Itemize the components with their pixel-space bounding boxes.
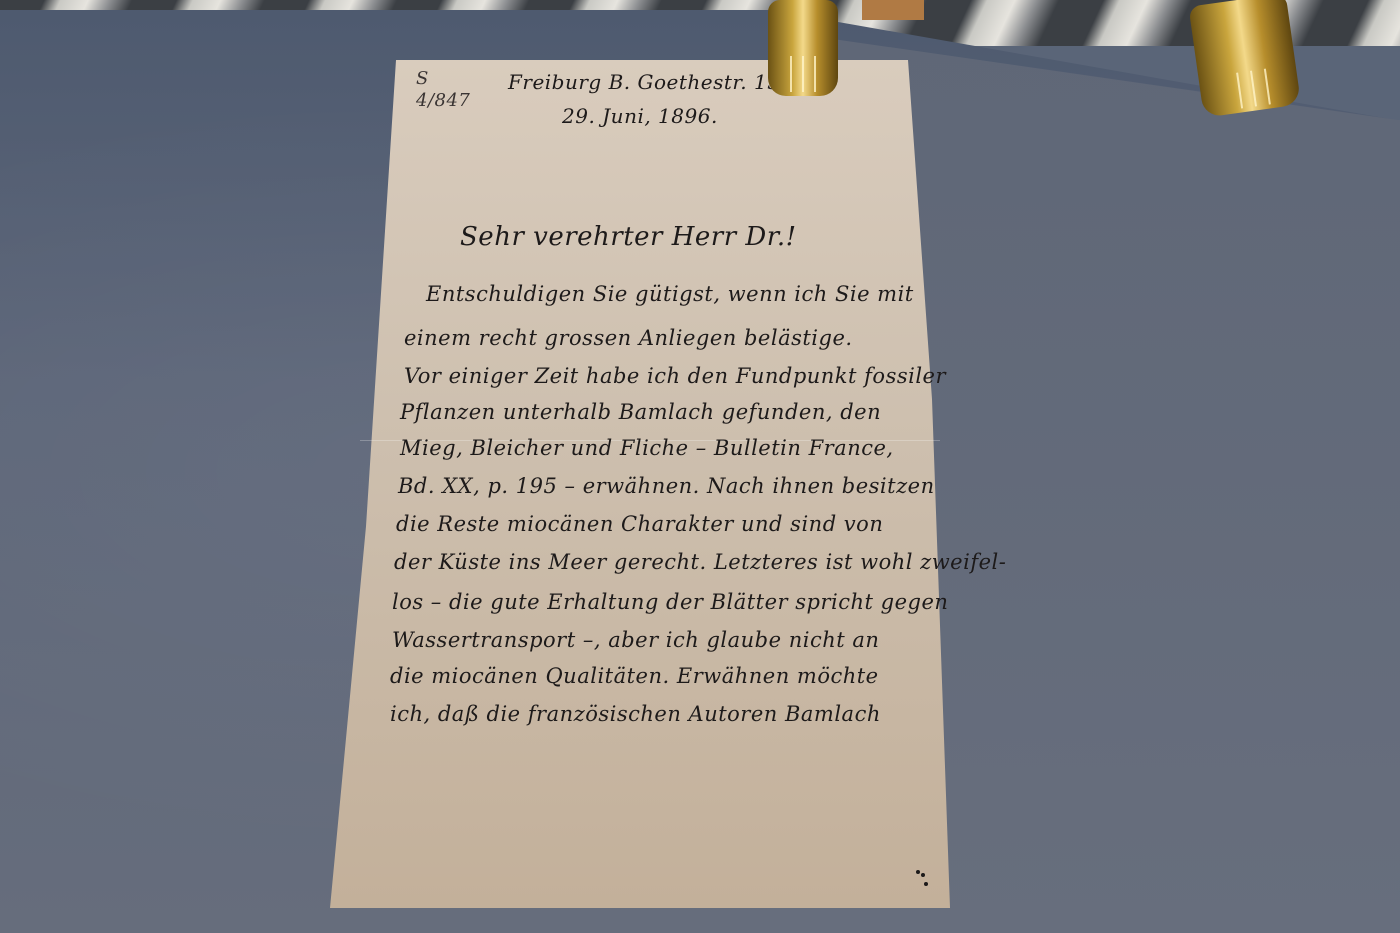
letter-line: Entschuldigen Sie gütigst, wenn ich Sie … — [426, 282, 914, 306]
ink-dots-mark — [916, 870, 930, 890]
letter-line: der Küste ins Meer gerecht. Letzteres is… — [394, 550, 1006, 574]
letter-line: ich, daß die französischen Autoren Bamla… — [390, 702, 881, 726]
letter-line: die Reste miocänen Charakter und sind vo… — [396, 512, 883, 536]
archive-mark-letter: S — [416, 68, 470, 90]
letter-line: Mieg, Bleicher und Fliche – Bulletin Fra… — [400, 436, 894, 460]
brass-hand-clip-left — [768, 0, 838, 96]
letter-line: Wassertransport –, aber ich glaube nicht… — [392, 628, 879, 652]
letter-salutation: Sehr verehrter Herr Dr.! — [460, 222, 797, 252]
brass-hand-clip-right — [1188, 0, 1301, 118]
letter-line: Vor einiger Zeit habe ich den Fundpunkt … — [404, 364, 946, 388]
letter-date: 29. Juni, 1896. — [562, 104, 718, 128]
easel-wood — [862, 0, 924, 20]
letter-line: los – die gute Erhaltung der Blätter spr… — [392, 590, 948, 614]
letter-line: einem recht grossen Anliegen belästige. — [404, 326, 853, 350]
archive-mark: S 4/847 — [416, 68, 470, 112]
letter-address: Freiburg B. Goethestr. 15. — [508, 70, 787, 94]
archive-mark-number: 4/847 — [416, 90, 470, 112]
letter-line: die miocänen Qualitäten. Erwähnen möchte — [390, 664, 879, 688]
letter-line: Pflanzen unterhalb Bamlach gefunden, den — [400, 400, 881, 424]
letter-line: Bd. XX, p. 195 – erwähnen. Nach ihnen be… — [398, 474, 935, 498]
